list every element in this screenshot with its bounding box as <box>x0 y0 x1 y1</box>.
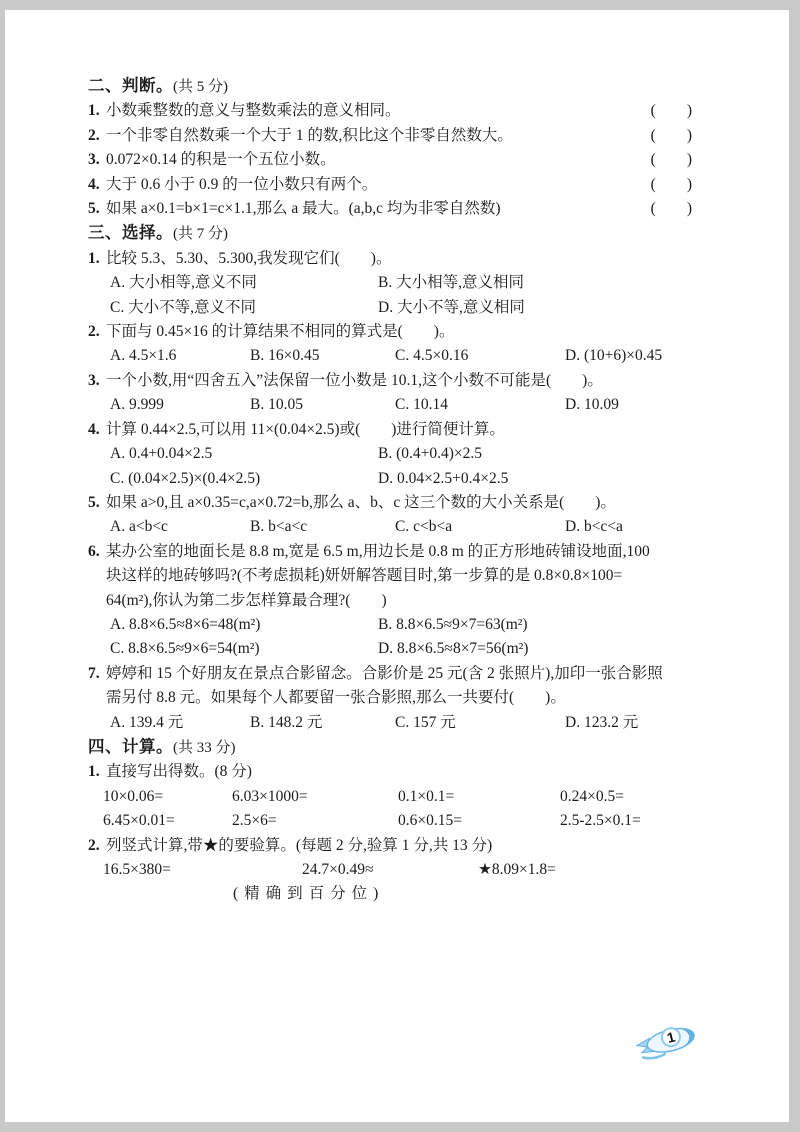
choice-q2-stem: 2. 下面与 0.45×16 的计算结果不相同的算式是( )。 <box>88 320 717 344</box>
choice-q4-options-row2: C. (0.04×2.5)×(0.4×2.5) D. 0.04×2.5+0.4×… <box>88 467 717 491</box>
judge-item-2: 2. 一个非零自然数乘一个大于 1 的数,积比这个非零自然数大。 ( ) <box>88 124 717 148</box>
choice-q7-options: A. 139.4 元 B. 148.2 元 C. 157 元 D. 123.2 … <box>88 711 717 735</box>
section-judge-header: 二、判断。 (共 5 分) <box>88 74 717 99</box>
question-text: 婷婷和 15 个好朋友在景点合影留念。合影价是 25 元(含 2 张照片),加印… <box>106 662 717 686</box>
choice-q6-stem-line2: 块这样的地砖够吗?(不考虑损耗)妍妍解答题目时,第一步算的是 0.8×0.8×1… <box>88 564 717 588</box>
question-number: 6. <box>88 540 106 564</box>
choice-q3-stem: 3. 一个小数,用“四舍五入”法保留一位小数是 10.1,这个小数不可能是( )… <box>88 369 717 393</box>
option-d: D. 123.2 元 <box>565 711 638 735</box>
rocket-page-badge: 1 <box>630 1018 706 1066</box>
choice-q4-stem: 4. 计算 0.44×2.5,可以用 11×(0.04×2.5)或( )进行简便… <box>88 418 717 442</box>
option-a: A. 0.4+0.04×2.5 <box>110 442 378 466</box>
choice-q2-options: A. 4.5×1.6 B. 16×0.45 C. 4.5×0.16 D. (10… <box>88 344 717 368</box>
expression: 0.1×0.1= <box>398 785 560 809</box>
answer-bracket: ( ) <box>651 99 717 123</box>
choice-q5-options: A. a<b<c B. b<a<c C. c<b<a D. b<c<a <box>88 515 717 539</box>
expression: 6.03×1000= <box>232 785 398 809</box>
answer-bracket: ( ) <box>651 197 717 221</box>
question-text: 计算 0.44×2.5,可以用 11×(0.04×2.5)或( )进行简便计算。 <box>106 418 717 442</box>
expression: 6.45×0.01= <box>103 809 232 833</box>
option-b: B. 148.2 元 <box>250 711 395 735</box>
section-choice-score: (共 7 分) <box>173 222 228 246</box>
section-choice-title: 三、选择。 <box>88 221 173 245</box>
option-b: B. b<a<c <box>250 515 395 539</box>
question-text: 如果 a×0.1=b×1=c×1.1,那么 a 最大。(a,b,c 均为非零自然… <box>106 197 651 221</box>
question-text: 小数乘整数的意义与整数乘法的意义相同。 <box>106 99 651 123</box>
question-text: 直接写出得数。(8 分) <box>106 760 717 784</box>
question-text: 某办公室的地面长是 8.8 m,宽是 6.5 m,用边长是 0.8 m 的正方形… <box>106 540 717 564</box>
choice-q6-stem-line1: 6. 某办公室的地面长是 8.8 m,宽是 6.5 m,用边长是 0.8 m 的… <box>88 540 717 564</box>
question-text: 比较 5.3、5.30、5.300,我发现它们( )。 <box>106 247 717 271</box>
option-d: D. 0.04×2.5+0.4×2.5 <box>378 467 508 491</box>
worksheet-page: 二、判断。 (共 5 分) 1. 小数乘整数的意义与整数乘法的意义相同。 ( )… <box>5 10 789 1122</box>
option-b: B. 8.8×6.5≈9×7=63(m²) <box>378 613 528 637</box>
expression: 0.6×0.15= <box>398 809 560 833</box>
choice-q5-stem: 5. 如果 a>0,且 a×0.35=c,a×0.72=b,那么 a、b、c 这… <box>88 491 717 515</box>
option-d: D. 大小不等,意义相同 <box>378 296 525 320</box>
rocket-icon: 1 <box>630 1018 706 1066</box>
rounding-note: (精确到百分位) <box>88 882 717 906</box>
option-c: C. 4.5×0.16 <box>395 344 565 368</box>
answer-bracket: ( ) <box>651 124 717 148</box>
calc-part1-row2: 6.45×0.01= 2.5×6= 0.6×0.15= 2.5-2.5×0.1= <box>88 809 717 833</box>
option-a: A. 大小相等,意义不同 <box>110 271 378 295</box>
choice-q1-stem: 1. 比较 5.3、5.30、5.300,我发现它们( )。 <box>88 247 717 271</box>
calc-part2-row: 16.5×380= 24.7×0.49≈ ★8.09×1.8= <box>88 858 717 882</box>
section-calc-title: 四、计算。 <box>88 735 173 759</box>
question-number: 7. <box>88 662 106 686</box>
option-b: B. 16×0.45 <box>250 344 395 368</box>
option-b: B. 大小相等,意义相同 <box>378 271 524 295</box>
question-text: 一个小数,用“四舍五入”法保留一位小数是 10.1,这个小数不可能是( )。 <box>106 369 717 393</box>
calc-part2-header: 2. 列竖式计算,带★的要验算。(每题 2 分,验算 1 分,共 13 分) <box>88 834 717 858</box>
section-judge-score: (共 5 分) <box>173 75 228 99</box>
question-text: 大于 0.6 小于 0.9 的一位小数只有两个。 <box>106 173 651 197</box>
expression: 10×0.06= <box>103 785 232 809</box>
question-text: 下面与 0.45×16 的计算结果不相同的算式是( )。 <box>106 320 717 344</box>
choice-q7-stem-line2: 需另付 8.8 元。如果每个人都要留一张合影照,那么一共要付( )。 <box>88 686 717 710</box>
question-number: 5. <box>88 197 106 221</box>
answer-bracket: ( ) <box>651 148 717 172</box>
option-c: C. 10.14 <box>395 393 565 417</box>
expression: 2.5-2.5×0.1= <box>560 809 641 833</box>
option-a: A. 139.4 元 <box>110 711 250 735</box>
choice-q1-options-row1: A. 大小相等,意义不同 B. 大小相等,意义相同 <box>88 271 717 295</box>
scanned-test-page: { "page": { "number": "1" }, "judge": { … <box>0 0 800 1132</box>
expression: 0.24×0.5= <box>560 785 624 809</box>
choice-q6-stem-line3: 64(m²),你认为第二步怎样算最合理?( ) <box>88 589 717 613</box>
page-content: 二、判断。 (共 5 分) 1. 小数乘整数的意义与整数乘法的意义相同。 ( )… <box>88 74 717 907</box>
question-number: 2. <box>88 834 106 858</box>
section-calc-score: (共 33 分) <box>173 736 236 760</box>
choice-q6-options-row2: C. 8.8×6.5≈9×6=54(m²) D. 8.8×6.5≈8×7=56(… <box>88 637 717 661</box>
option-d: D. 8.8×6.5≈8×7=56(m²) <box>378 637 528 661</box>
answer-bracket: ( ) <box>651 173 717 197</box>
question-text: 列竖式计算,带★的要验算。(每题 2 分,验算 1 分,共 13 分) <box>106 834 717 858</box>
option-a: A. 9.999 <box>110 393 250 417</box>
section-calc-header: 四、计算。 (共 33 分) <box>88 735 717 760</box>
judge-item-1: 1. 小数乘整数的意义与整数乘法的意义相同。 ( ) <box>88 99 717 123</box>
choice-q1-options-row2: C. 大小不等,意义不同 D. 大小不等,意义相同 <box>88 296 717 320</box>
calc-part1-header: 1. 直接写出得数。(8 分) <box>88 760 717 784</box>
question-number: 2. <box>88 124 106 148</box>
question-text: 0.072×0.14 的积是一个五位小数。 <box>106 148 651 172</box>
question-number: 3. <box>88 369 106 393</box>
option-d: D. b<c<a <box>565 515 623 539</box>
expression: 16.5×380= <box>103 858 302 882</box>
option-a: A. 8.8×6.5≈8×6=48(m²) <box>110 613 378 637</box>
option-c: C. c<b<a <box>395 515 565 539</box>
judge-item-5: 5. 如果 a×0.1=b×1=c×1.1,那么 a 最大。(a,b,c 均为非… <box>88 197 717 221</box>
question-number: 1. <box>88 247 106 271</box>
question-text: 需另付 8.8 元。如果每个人都要留一张合影照,那么一共要付( )。 <box>106 686 717 710</box>
question-number: 1. <box>88 99 106 123</box>
choice-q3-options: A. 9.999 B. 10.05 C. 10.14 D. 10.09 <box>88 393 717 417</box>
option-c: C. 8.8×6.5≈9×6=54(m²) <box>110 637 378 661</box>
option-b: B. 10.05 <box>250 393 395 417</box>
choice-q7-stem-line1: 7. 婷婷和 15 个好朋友在景点合影留念。合影价是 25 元(含 2 张照片)… <box>88 662 717 686</box>
option-c: C. 157 元 <box>395 711 565 735</box>
section-judge-title: 二、判断。 <box>88 74 173 98</box>
expression: 24.7×0.49≈ <box>302 858 478 882</box>
question-number: 4. <box>88 418 106 442</box>
option-c: C. 大小不等,意义不同 <box>110 296 378 320</box>
judge-item-4: 4. 大于 0.6 小于 0.9 的一位小数只有两个。 ( ) <box>88 173 717 197</box>
expression: 2.5×6= <box>232 809 398 833</box>
calc-part1-row1: 10×0.06= 6.03×1000= 0.1×0.1= 0.24×0.5= <box>88 785 717 809</box>
question-text: 64(m²),你认为第二步怎样算最合理?( ) <box>106 589 717 613</box>
question-text: 如果 a>0,且 a×0.35=c,a×0.72=b,那么 a、b、c 这三个数… <box>106 491 717 515</box>
question-text: 块这样的地砖够吗?(不考虑损耗)妍妍解答题目时,第一步算的是 0.8×0.8×1… <box>106 564 717 588</box>
option-a: A. 4.5×1.6 <box>110 344 250 368</box>
option-c: C. (0.04×2.5)×(0.4×2.5) <box>110 467 378 491</box>
question-number: 1. <box>88 760 106 784</box>
choice-q6-options-row1: A. 8.8×6.5≈8×6=48(m²) B. 8.8×6.5≈9×7=63(… <box>88 613 717 637</box>
question-number: 3. <box>88 148 106 172</box>
judge-item-3: 3. 0.072×0.14 的积是一个五位小数。 ( ) <box>88 148 717 172</box>
option-b: B. (0.4+0.4)×2.5 <box>378 442 482 466</box>
question-text: 一个非零自然数乘一个大于 1 的数,积比这个非零自然数大。 <box>106 124 651 148</box>
option-a: A. a<b<c <box>110 515 250 539</box>
question-number: 2. <box>88 320 106 344</box>
question-number: 4. <box>88 173 106 197</box>
option-d: D. 10.09 <box>565 393 619 417</box>
expression-starred: ★8.09×1.8= <box>478 858 556 882</box>
section-choice-header: 三、选择。 (共 7 分) <box>88 221 717 246</box>
option-d: D. (10+6)×0.45 <box>565 344 662 368</box>
choice-q4-options-row1: A. 0.4+0.04×2.5 B. (0.4+0.4)×2.5 <box>88 442 717 466</box>
question-number: 5. <box>88 491 106 515</box>
